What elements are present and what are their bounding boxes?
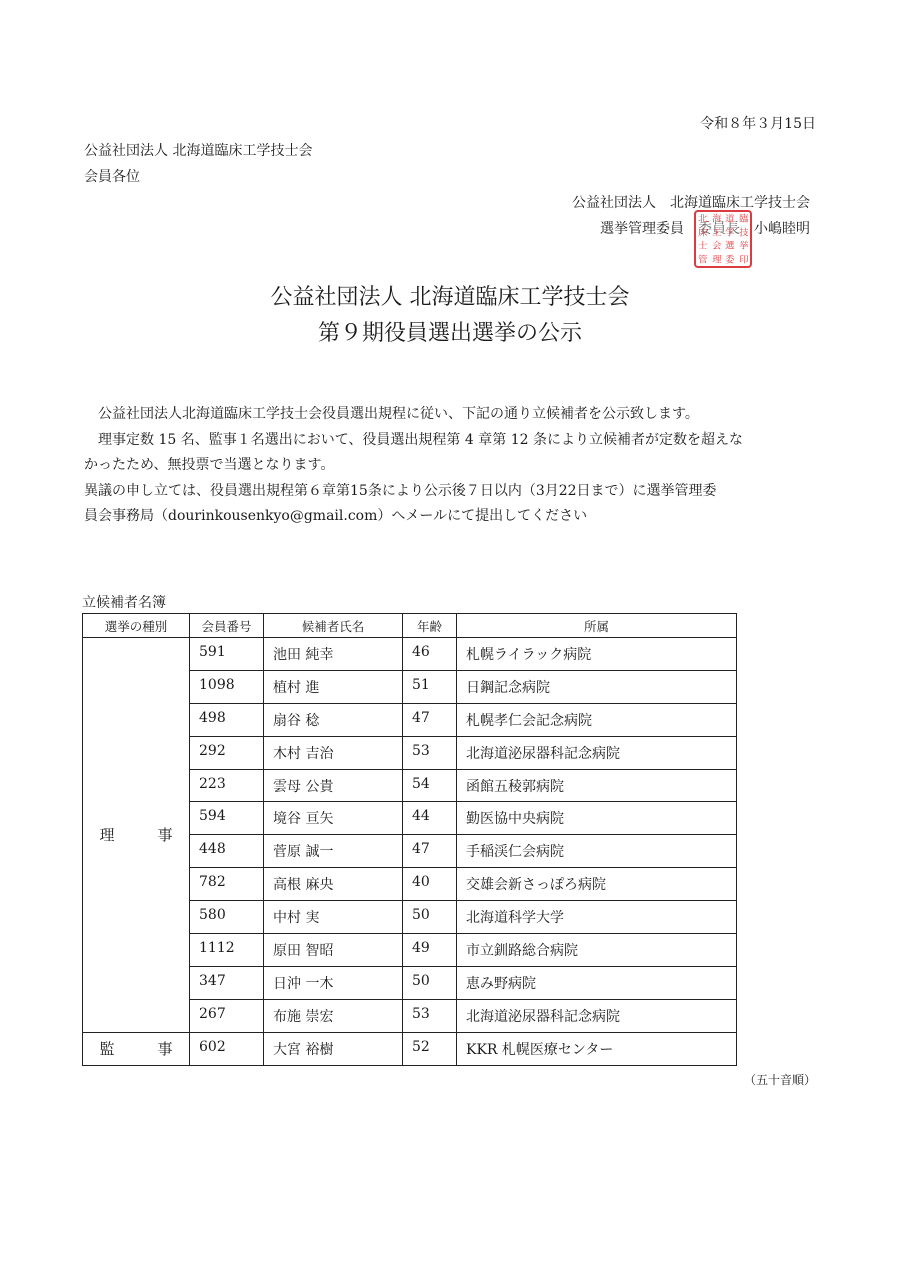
body-paragraph-3: 異議の申し立ては、役員選出規程第６章第15条により公示後７日以内（3月22日まで… xyxy=(84,479,844,505)
notice-body: 公益社団法人北海道臨床工学技士会役員選出規程に従い、下記の通り立候補者を公示致し… xyxy=(84,402,844,530)
seal-character: 北 xyxy=(697,213,708,224)
seal-character: 技 xyxy=(738,227,749,238)
candidate-name-cell: 日沖 一木 xyxy=(264,966,403,999)
age-cell: 49 xyxy=(403,934,457,967)
age-cell: 44 xyxy=(403,802,457,835)
candidate-name-cell: 木村 吉治 xyxy=(264,736,403,769)
candidate-name-cell: 池田 純幸 xyxy=(264,638,403,671)
age-cell: 53 xyxy=(403,999,457,1032)
column-header-candidate-name: 候補者氏名 xyxy=(264,614,403,638)
column-header-election-type: 選挙の種別 xyxy=(83,614,190,638)
column-header-affiliation: 所属 xyxy=(457,614,737,638)
notice-date: 令和８年３月15日 xyxy=(700,113,816,133)
candidate-name-cell: 菅原 誠一 xyxy=(264,835,403,868)
affiliation-cell: 北海道科学大学 xyxy=(457,901,737,934)
table-row: 監 事602大宮 裕樹52KKR 札幌医療センター xyxy=(83,1032,737,1065)
body-paragraph-2: 理事定数 15 名、監事１名選出において、役員選出規程第 4 章第 12 条によ… xyxy=(84,428,844,454)
member-number-cell: 267 xyxy=(190,999,264,1032)
table-row: 理 事591池田 純幸46札幌ライラック病院 xyxy=(83,638,737,671)
seal-character: 会 xyxy=(711,240,722,251)
seal-character: 管 xyxy=(697,254,708,265)
age-cell: 46 xyxy=(403,638,457,671)
official-seal-stamp: 北海道臨床工学技士会選挙管理委印 xyxy=(694,210,752,268)
member-number-cell: 347 xyxy=(190,966,264,999)
candidate-name-cell: 扇谷 稔 xyxy=(264,703,403,736)
age-cell: 50 xyxy=(403,966,457,999)
age-cell: 50 xyxy=(403,901,457,934)
document-title: 第９期役員選出選挙の公示 xyxy=(0,316,900,347)
affiliation-cell: 北海道泌尿器科記念病院 xyxy=(457,736,737,769)
candidate-name-cell: 境谷 亘矢 xyxy=(264,802,403,835)
seal-character: 床 xyxy=(697,227,708,238)
affiliation-cell: 日鋼記念病院 xyxy=(457,670,737,703)
table-header-row: 選挙の種別 会員番号 候補者氏名 年齢 所属 xyxy=(83,614,737,638)
seal-character: 選 xyxy=(724,240,735,251)
affiliation-cell: 勤医協中央病院 xyxy=(457,802,737,835)
affiliation-cell: 札幌ライラック病院 xyxy=(457,638,737,671)
addressee-organization: 公益社団法人 北海道臨床工学技士会 xyxy=(84,140,312,160)
age-cell: 53 xyxy=(403,736,457,769)
sender-organization: 公益社団法人 北海道臨床工学技士会 xyxy=(572,192,810,212)
seal-character: 委 xyxy=(724,254,735,265)
election-type-cell: 監 事 xyxy=(83,1032,190,1065)
seal-character: 工 xyxy=(711,227,722,238)
affiliation-cell: 函館五稜郭病院 xyxy=(457,769,737,802)
affiliation-cell: 恵み野病院 xyxy=(457,966,737,999)
member-number-cell: 782 xyxy=(190,868,264,901)
seal-character: 学 xyxy=(724,227,735,238)
sort-order-note: （五十音順） xyxy=(744,1071,816,1088)
addressee: 会員各位 xyxy=(84,166,140,186)
body-text: 理事定数 15 名、監事１名選出において、役員選出規程第 4 章第 12 条によ… xyxy=(98,432,743,448)
member-number-cell: 591 xyxy=(190,638,264,671)
seal-character: 印 xyxy=(738,254,749,265)
body-paragraph-3-cont: 員会事務局（dourinkousenkyo@gmail.com）へメールにて提出… xyxy=(84,504,844,530)
affiliation-cell: 北海道泌尿器科記念病院 xyxy=(457,999,737,1032)
age-cell: 52 xyxy=(403,1032,457,1065)
candidate-name-cell: 雲母 公貴 xyxy=(264,769,403,802)
seal-character: 臨 xyxy=(738,213,749,224)
election-type-cell: 理 事 xyxy=(83,638,190,1033)
member-number-cell: 1112 xyxy=(190,934,264,967)
body-paragraph-1: 公益社団法人北海道臨床工学技士会役員選出規程に従い、下記の通り立候補者を公示致し… xyxy=(84,402,844,428)
seal-character: 道 xyxy=(724,213,735,224)
member-number-cell: 602 xyxy=(190,1032,264,1065)
election-type-label: 監 事 xyxy=(99,1040,186,1058)
candidate-name-cell: 高根 麻央 xyxy=(264,868,403,901)
affiliation-cell: 手稲渓仁会病院 xyxy=(457,835,737,868)
member-number-cell: 580 xyxy=(190,901,264,934)
candidate-name-cell: 大宮 裕樹 xyxy=(264,1032,403,1065)
candidate-name-cell: 布施 崇宏 xyxy=(264,999,403,1032)
body-text: 公益社団法人北海道臨床工学技士会役員選出規程に従い、下記の通り立候補者を公示致し… xyxy=(98,406,699,422)
affiliation-cell: 市立釧路総合病院 xyxy=(457,934,737,967)
candidate-roster-table: 選挙の種別 会員番号 候補者氏名 年齢 所属 理 事591池田 純幸46札幌ライ… xyxy=(82,613,737,1066)
affiliation-cell: 札幌孝仁会記念病院 xyxy=(457,703,737,736)
age-cell: 47 xyxy=(403,835,457,868)
member-number-cell: 223 xyxy=(190,769,264,802)
candidate-name-cell: 中村 実 xyxy=(264,901,403,934)
candidate-name-cell: 植村 進 xyxy=(264,670,403,703)
election-type-label: 理 事 xyxy=(99,826,186,844)
seal-character: 理 xyxy=(711,254,722,265)
affiliation-cell: KKR 札幌医療センター xyxy=(457,1032,737,1065)
candidate-name-cell: 原田 智昭 xyxy=(264,934,403,967)
member-number-cell: 594 xyxy=(190,802,264,835)
member-number-cell: 448 xyxy=(190,835,264,868)
body-paragraph-2-cont: かったため、無投票で当選となります。 xyxy=(84,453,844,479)
member-number-cell: 498 xyxy=(190,703,264,736)
member-number-cell: 292 xyxy=(190,736,264,769)
member-number-cell: 1098 xyxy=(190,670,264,703)
seal-character: 挙 xyxy=(738,240,749,251)
age-cell: 47 xyxy=(403,703,457,736)
age-cell: 51 xyxy=(403,670,457,703)
roster-caption: 立候補者名簿 xyxy=(82,592,166,612)
column-header-age: 年齢 xyxy=(403,614,457,638)
age-cell: 40 xyxy=(403,868,457,901)
seal-character: 海 xyxy=(711,213,722,224)
age-cell: 54 xyxy=(403,769,457,802)
affiliation-cell: 交雄会新さっぽろ病院 xyxy=(457,868,737,901)
column-header-member-number: 会員番号 xyxy=(190,614,264,638)
seal-character: 士 xyxy=(697,240,708,251)
document-title-organization: 公益社団法人 北海道臨床工学技士会 xyxy=(0,280,900,311)
